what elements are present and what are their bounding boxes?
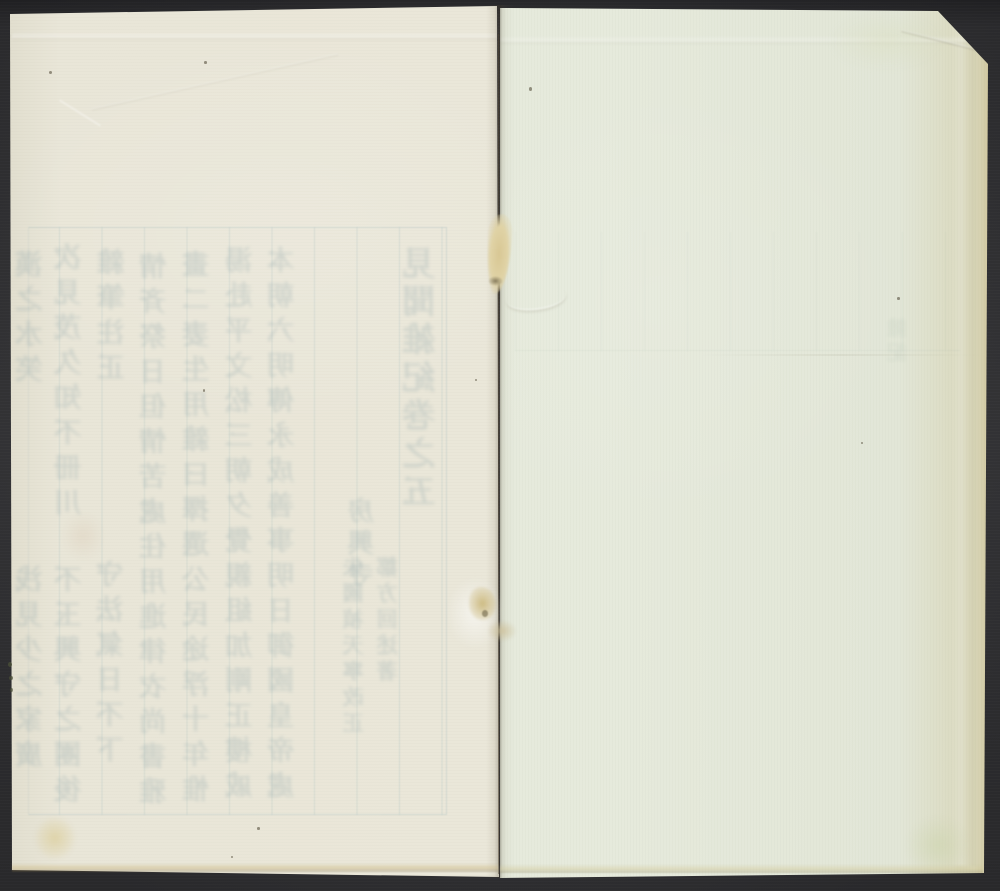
foxing-speck	[897, 297, 900, 300]
foxing-speck	[203, 389, 205, 392]
showthrough-column: 雜筆注正	[100, 248, 127, 388]
foxing-speck	[257, 827, 260, 830]
showthrough-column: 畫二妻生用雜曰擇選公民途浮十年惟	[185, 250, 212, 810]
crease-horizontal-top	[12, 32, 497, 40]
showthrough-column: 守法氣日不下	[99, 560, 126, 770]
edge-curl-band	[950, 16, 978, 866]
foxing-speck	[231, 856, 233, 858]
showthrough-column: 朱國禎天寧改正	[343, 556, 364, 738]
binding-thread-speck	[9, 676, 13, 680]
crease-diagonal-topleft	[92, 53, 339, 111]
faint-crease-middle	[700, 354, 984, 356]
showthrough-title-column: 見聞雑紀巻之五	[404, 246, 437, 512]
binding-thread-speck	[10, 688, 13, 692]
crease-horizontal-top-right	[500, 36, 972, 44]
foxing-speck	[49, 71, 52, 74]
showthrough-column: 次見茂久知不冊川	[57, 243, 84, 523]
binding-thread-speck	[8, 662, 12, 667]
foxing-speck	[204, 61, 207, 64]
showthrough-column: 浅見少之家廣	[18, 565, 45, 775]
showthrough-column-faint: 雜記	[888, 318, 908, 366]
crease-small-left	[59, 99, 101, 126]
book-photograph: 見聞雑紀巻之五 房興寺 鄒方回述著 朱國禎天寧改正 本朝六明傳永成善事明日御國皇…	[0, 0, 1000, 891]
foxing-speck	[475, 379, 477, 381]
gutter-shading	[486, 5, 514, 878]
showthrough-column: 情斉祭日但情苦處住用進律衣尚書雅	[142, 252, 169, 812]
showthrough-column: 鄒方回述著	[377, 556, 398, 686]
foxing-speck	[861, 442, 863, 444]
showthrough-column: 湯赴平文松三朝夕覺親組加剛正樓戚	[228, 246, 255, 806]
gutter-fold-line	[498, 34, 499, 874]
showthrough-column: 不玉興守之團後	[57, 565, 84, 810]
showthrough-column: 漢之水笑	[18, 250, 45, 390]
stain-bottom-left	[34, 816, 76, 860]
foxing-speck	[529, 87, 532, 91]
stain-bottom-right-green	[906, 816, 970, 874]
stain-top-right-green	[830, 12, 945, 70]
showthrough-column: 本朝六明傳永成善事明日御國皇帝處	[270, 246, 297, 806]
